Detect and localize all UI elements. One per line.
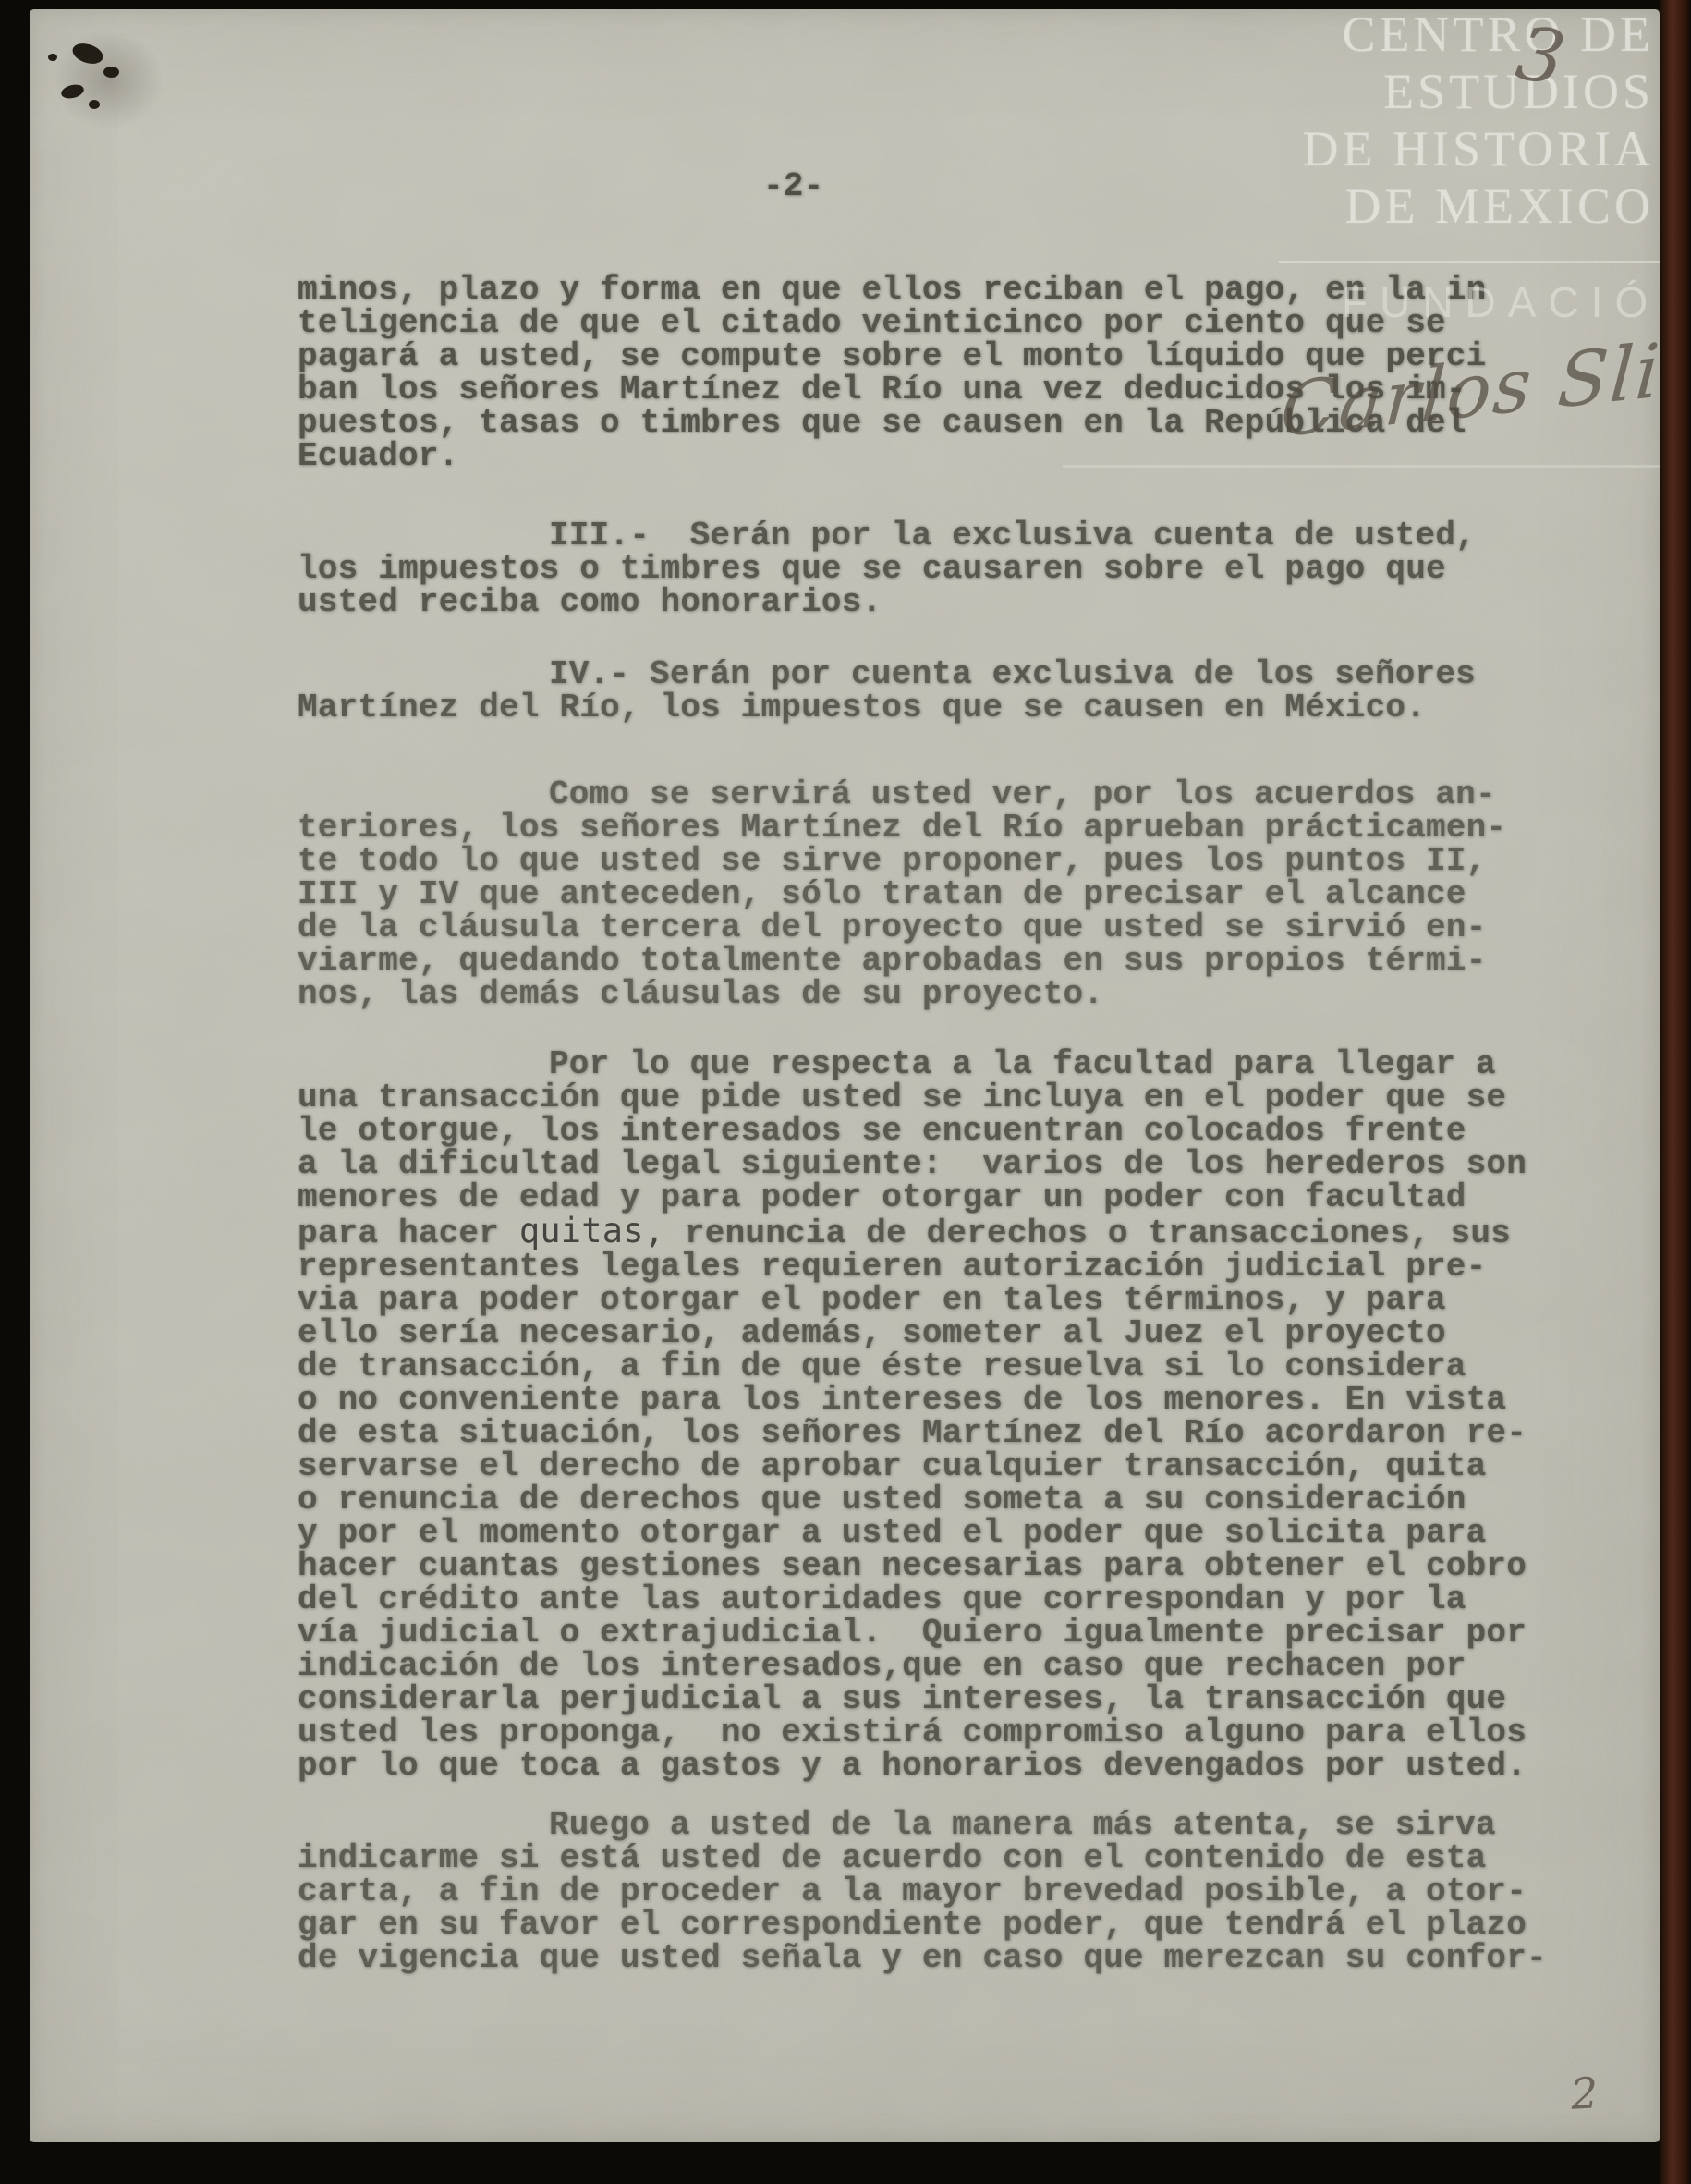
typed-line: de transacción, a fin de que éste resuel…: [298, 1350, 1545, 1384]
typed-segment: para hacer: [298, 1214, 519, 1252]
typed-line: a la dificultad legal siguiente: varios …: [298, 1148, 1545, 1181]
typed-line: y por el momento otorgar a usted el pode…: [298, 1517, 1545, 1550]
typed-line: de esta situación, los señores Martínez …: [298, 1417, 1545, 1450]
paragraph-clause-iv: IV.- Serán por cuenta exclusiva de los s…: [298, 658, 1545, 725]
typed-line: representantes legales requieren autoriz…: [298, 1251, 1545, 1284]
typed-line: III.- Serán por la exclusiva cuenta de u…: [298, 519, 1545, 553]
typed-line: IV.- Serán por cuenta exclusiva de los s…: [298, 658, 1545, 691]
typed-line: usted reciba como honorarios.: [298, 586, 1545, 619]
typed-line: de vigencia que usted señala y en caso q…: [298, 1942, 1545, 1975]
typed-line: para hacer quitas, renuncia de derechos …: [298, 1214, 1545, 1251]
scan-edge-strip: [1660, 0, 1691, 2184]
typed-line: gar en su favor el correspondiente poder…: [298, 1909, 1545, 1942]
typed-line: ello sería necesario, además, someter al…: [298, 1317, 1545, 1350]
typed-line: hacer cuantas gestiones sean necesarias …: [298, 1550, 1545, 1583]
typed-line: le otorgue, los interesados se encuentra…: [298, 1115, 1545, 1148]
typed-line: Ruego a usted de la manera más atenta, s…: [298, 1809, 1545, 1842]
typed-line: nos, las demás cláusulas de su proyecto.: [298, 978, 1545, 1011]
paragraph-por-lo-que-respecta: Por lo que respecta a la facultad para l…: [298, 1048, 1545, 1783]
typed-line: vía judicial o extrajudicial. Quiero igu…: [298, 1617, 1545, 1650]
typed-line: una transacción que pide usted se incluy…: [298, 1081, 1545, 1115]
typed-line: usted les proponga, no existirá compromi…: [298, 1716, 1545, 1750]
inserted-word: quitas,: [519, 1211, 664, 1251]
letter-body: minos, plazo y forma en que ellos reciba…: [298, 274, 1545, 1975]
paragraph-continuation: minos, plazo y forma en que ellos reciba…: [298, 274, 1545, 473]
typed-line: via para poder otorgar el poder en tales…: [298, 1284, 1545, 1317]
typed-line: te todo lo que usted se sirve proponer, …: [298, 845, 1545, 878]
typed-line: por lo que toca a gastos y a honorarios …: [298, 1750, 1545, 1783]
paragraph-clause-iii: III.- Serán por la exclusiva cuenta de u…: [298, 519, 1545, 619]
typed-line: pagará a usted, se compute sobre el mont…: [298, 340, 1545, 373]
typed-line: o no conveniente para los intereses de l…: [298, 1384, 1545, 1417]
typed-line: del crédito ante las autoridades que cor…: [298, 1583, 1545, 1617]
typed-line: teligencia de que el citado veinticinco …: [298, 307, 1545, 340]
typed-line: considerarla perjudicial a sus intereses…: [298, 1683, 1545, 1716]
paper-hole: [89, 100, 100, 109]
typed-segment: renuncia de derechos o transacciones, su…: [664, 1214, 1511, 1252]
paper-damage-smear: [54, 30, 164, 131]
typed-line: minos, plazo y forma en que ellos reciba…: [298, 274, 1545, 307]
paragraph-ruego: Ruego a usted de la manera más atenta, s…: [298, 1809, 1545, 1975]
typed-line: III y IV que anteceden, sólo tratan de p…: [298, 878, 1545, 911]
paper-hole: [103, 67, 119, 78]
typed-line: indicarme si está usted de acuerdo con e…: [298, 1842, 1545, 1875]
paragraph-como-se-servira: Como se servirá usted ver, por los acuer…: [298, 778, 1545, 1011]
typed-line: indicación de los interesados,que en cas…: [298, 1650, 1545, 1683]
typed-line: carta, a fin de proceder a la mayor brev…: [298, 1875, 1545, 1909]
paper-hole: [48, 54, 57, 61]
typed-line: teriores, los señores Martínez del Río a…: [298, 811, 1545, 845]
typed-line: o renuncia de derechos que usted someta …: [298, 1483, 1545, 1517]
typed-line: Por lo que respecta a la facultad para l…: [298, 1048, 1545, 1081]
typed-line: Martínez del Río, los impuestos que se c…: [298, 691, 1545, 725]
typed-line: los impuestos o timbres que se causaren …: [298, 553, 1545, 586]
typed-line: puestos, tasas o timbres que se causen e…: [298, 407, 1545, 440]
typed-line: Ecuador.: [298, 440, 1545, 473]
typed-line: Como se servirá usted ver, por los acuer…: [298, 778, 1545, 811]
typed-line: servarse el derecho de aprobar cualquier…: [298, 1450, 1545, 1483]
typed-line: ban los señores Martínez del Río una vez…: [298, 373, 1545, 407]
typed-line: menores de edad y para poder otorgar un …: [298, 1181, 1545, 1214]
page-number: -2-: [763, 170, 823, 203]
pencil-page-number-bottom-right: 2: [1570, 2068, 1600, 2118]
typed-line: viarme, quedando totalmente aprobadas en…: [298, 945, 1545, 978]
typed-line: de la cláusula tercera del proyecto que …: [298, 911, 1545, 945]
